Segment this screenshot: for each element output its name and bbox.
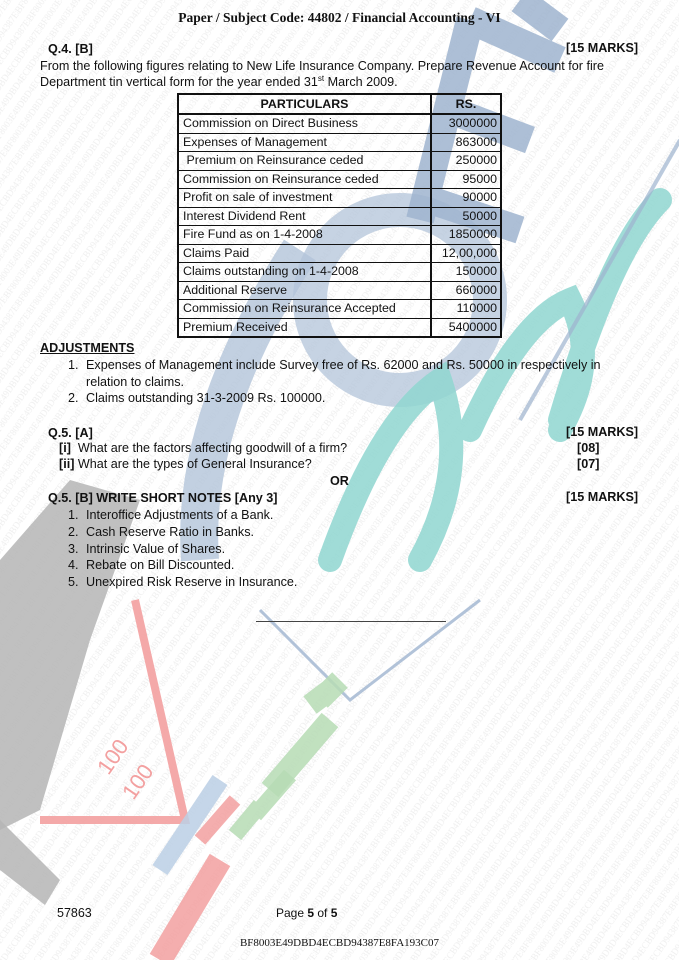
particular-cell: Premium Received	[178, 318, 431, 337]
page-number: Page 5 of 5	[276, 906, 337, 920]
particulars-table: PARTICULARS RS. Commission on Direct Bus…	[177, 93, 502, 338]
short-notes-list: Interoffice Adjustments of a Bank.Cash R…	[40, 507, 297, 591]
particular-cell: Profit on sale of investment	[178, 189, 431, 208]
table-row: Additional Reserve660000	[178, 281, 501, 300]
q5a-item-text: What are the factors affecting goodwill …	[78, 441, 347, 455]
adjustment-item: Claims outstanding 31-3-2009 Rs. 100000.	[82, 390, 642, 407]
end-divider	[256, 621, 446, 622]
q5a-label: Q.5. [A]	[48, 425, 93, 441]
particular-cell: Commission on Direct Business	[178, 114, 431, 133]
or-separator: OR	[330, 473, 349, 489]
particular-cell: Commission on Reinsurance ceded	[178, 170, 431, 189]
table-row: Commission on Reinsurance Accepted110000	[178, 300, 501, 319]
particular-cell: Interest Dividend Rent	[178, 207, 431, 226]
q5b-marks: [15 MARKS]	[566, 490, 638, 504]
intro-line-1: From the following figures relating to N…	[40, 59, 604, 73]
amount-cell: 863000	[431, 133, 501, 152]
table-row: Premium Received5400000	[178, 318, 501, 337]
amount-cell: 250000	[431, 152, 501, 171]
short-note-item: Interoffice Adjustments of a Bank.	[82, 507, 297, 524]
table-row: Claims Paid12,00,000	[178, 244, 501, 263]
table-row: Fire Fund as on 1-4-20081850000	[178, 226, 501, 245]
intro-line-2b: March 2009.	[324, 75, 398, 89]
q5a-item-num: [i]	[59, 441, 71, 455]
col-header-amount: RS.	[431, 94, 501, 114]
table-row: Interest Dividend Rent50000	[178, 207, 501, 226]
amount-cell: 90000	[431, 189, 501, 208]
amount-cell: 3000000	[431, 114, 501, 133]
col-header-particulars: PARTICULARS	[178, 94, 431, 114]
page-prefix: Page	[276, 906, 307, 920]
table-row: Expenses of Management863000	[178, 133, 501, 152]
particular-cell: Fire Fund as on 1-4-2008	[178, 226, 431, 245]
particular-cell: Additional Reserve	[178, 281, 431, 300]
q5a-item-marks: [08]	[577, 441, 599, 455]
footer-code: 57863	[57, 906, 92, 920]
short-note-item: Cash Reserve Ratio in Banks.	[82, 524, 297, 541]
q5a-item-marks: [07]	[577, 457, 599, 471]
page-total: 5	[331, 906, 338, 920]
q5a-item: [ii] What are the types of General Insur…	[59, 457, 312, 471]
amount-cell: 12,00,000	[431, 244, 501, 263]
q4b-intro: From the following figures relating to N…	[40, 58, 637, 90]
exam-page: Paper / Subject Code: 44802 / Financial …	[0, 0, 679, 960]
footer-hash: BF8003E49DBD4ECBD94387E8FA193C07	[0, 937, 679, 949]
short-note-item: Unexpired Risk Reserve in Insurance.	[82, 574, 297, 591]
q5b-label: Q.5. [B] WRITE SHORT NOTES [Any 3]	[48, 490, 278, 506]
adjustments-heading: ADJUSTMENTS	[40, 341, 134, 355]
paper-header: Paper / Subject Code: 44802 / Financial …	[0, 10, 679, 26]
q5a-marks: [15 MARKS]	[566, 425, 638, 439]
table-row: Profit on sale of investment90000	[178, 189, 501, 208]
q5a-item-text: What are the types of General Insurance?	[78, 457, 312, 471]
amount-cell: 110000	[431, 300, 501, 319]
table-body: Commission on Direct Business3000000Expe…	[178, 114, 501, 337]
amount-cell: 5400000	[431, 318, 501, 337]
table-row: Premium on Reinsurance ceded250000	[178, 152, 501, 171]
amount-cell: 660000	[431, 281, 501, 300]
particular-cell: Commission on Reinsurance Accepted	[178, 300, 431, 319]
table-row: Commission on Direct Business3000000	[178, 114, 501, 133]
q5a-item: [i] What are the factors affecting goodw…	[59, 441, 347, 455]
adjustment-item: Expenses of Management include Survey fr…	[82, 357, 642, 390]
table-header-row: PARTICULARS RS.	[178, 94, 501, 114]
amount-cell: 1850000	[431, 226, 501, 245]
particular-cell: Expenses of Management	[178, 133, 431, 152]
page-mid: of	[314, 906, 331, 920]
particular-cell: Claims Paid	[178, 244, 431, 263]
q4b-marks: [15 MARKS]	[566, 41, 638, 55]
intro-line-2a: Department tin vertical form for the yea…	[40, 75, 318, 89]
adjustments-list: Expenses of Management include Survey fr…	[40, 357, 642, 407]
short-note-item: Intrinsic Value of Shares.	[82, 541, 297, 558]
table-row: Claims outstanding on 1-4-2008150000	[178, 263, 501, 282]
amount-cell: 150000	[431, 263, 501, 282]
q5a-item-num: [ii]	[59, 457, 74, 471]
amount-cell: 50000	[431, 207, 501, 226]
amount-cell: 95000	[431, 170, 501, 189]
q4b-label: Q.4. [B]	[48, 41, 93, 57]
particular-cell: Premium on Reinsurance ceded	[178, 152, 431, 171]
particular-cell: Claims outstanding on 1-4-2008	[178, 263, 431, 282]
short-note-item: Rebate on Bill Discounted.	[82, 557, 297, 574]
table-row: Commission on Reinsurance ceded95000	[178, 170, 501, 189]
